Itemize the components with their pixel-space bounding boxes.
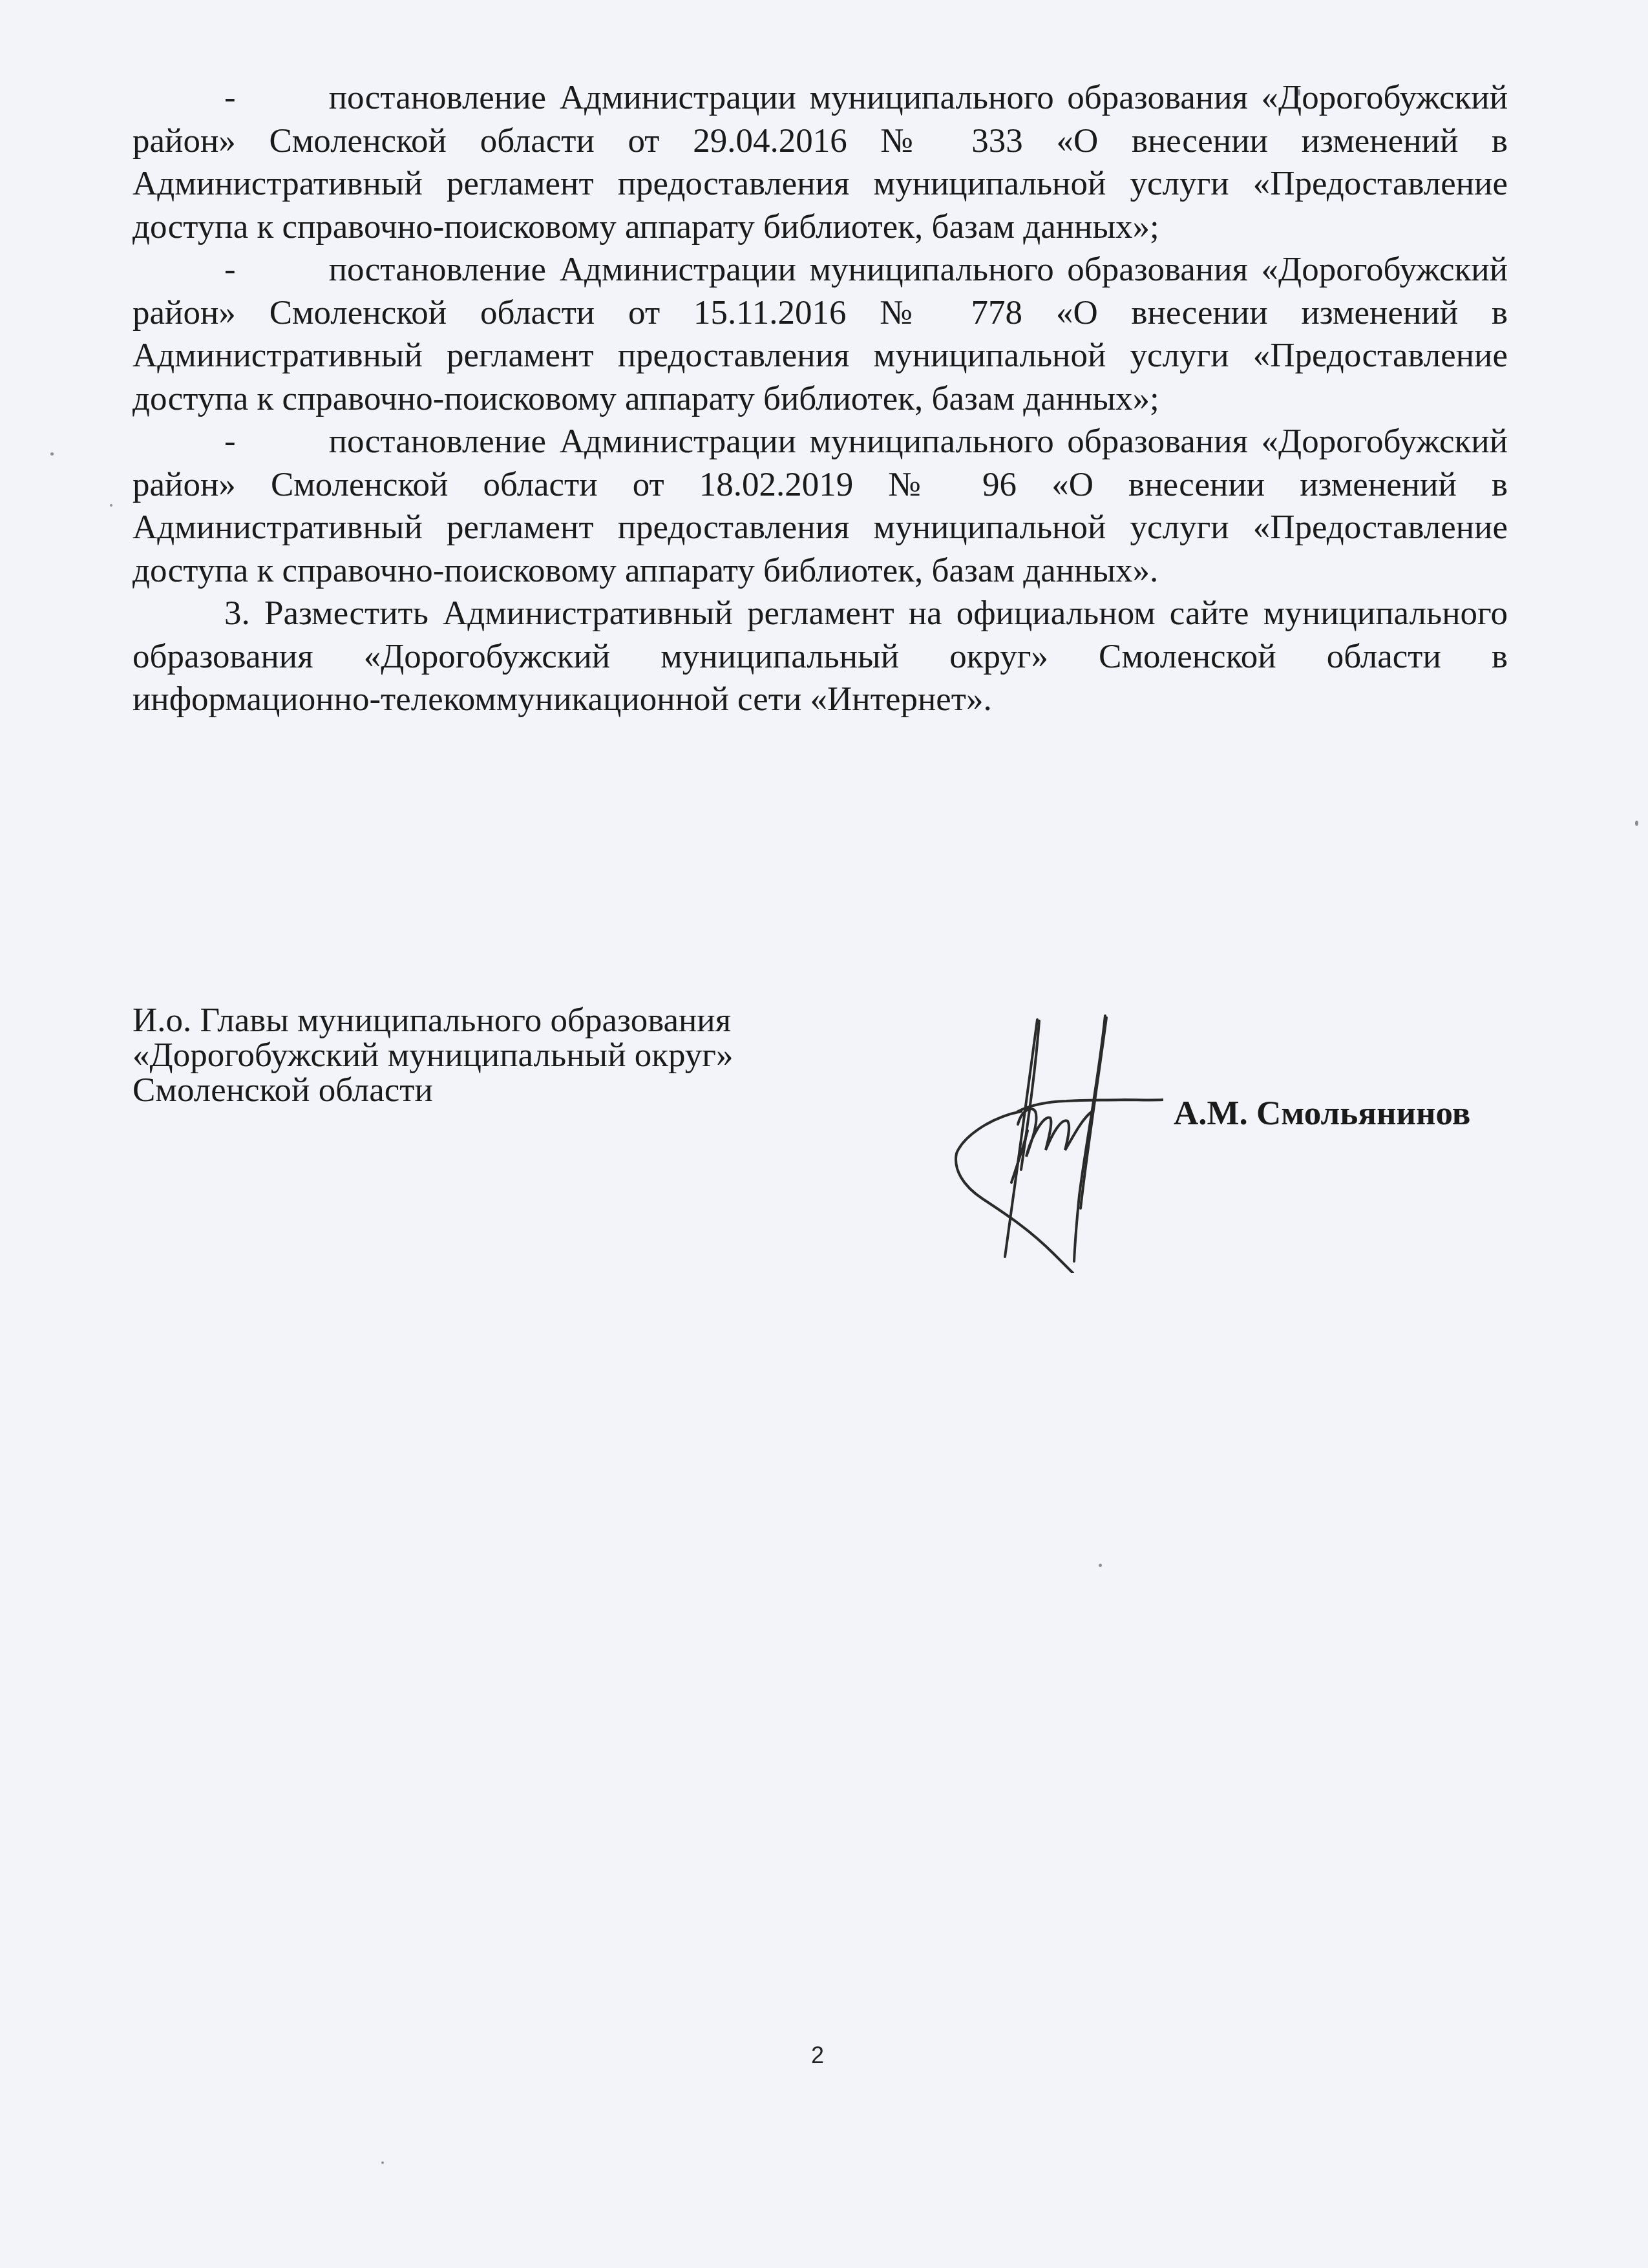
scan-speck (1298, 89, 1300, 96)
scan-speck (381, 2161, 384, 2164)
position-line-3: Смоленской области (132, 1073, 734, 1108)
list-item-resolution-96: - постановление Администрации муниципаль… (132, 420, 1508, 592)
document-body: - постановление Администрации муниципаль… (132, 76, 1508, 721)
scan-speck (50, 452, 54, 456)
document-page: - постановление Администрации муниципаль… (0, 0, 1648, 2268)
handwritten-signature-icon (892, 1014, 1163, 1273)
scan-speck (110, 504, 112, 507)
paragraph-3-publish: 3. Разместить Административный регламент… (132, 592, 1508, 721)
signer-name: А.М. Смольянинов (1174, 1094, 1470, 1133)
scan-speck (1635, 821, 1638, 826)
signatory-position: И.о. Главы муниципального образования «Д… (132, 1003, 734, 1108)
list-item-resolution-778: - постановление Администрации муниципаль… (132, 248, 1508, 420)
position-line-1: И.о. Главы муниципального образования (132, 1003, 734, 1038)
position-line-2: «Дорогобужский муниципальный округ» (132, 1038, 734, 1073)
page-number: 2 (811, 2042, 824, 2069)
list-item-resolution-333: - постановление Администрации муниципаль… (132, 76, 1508, 248)
scan-speck (1099, 1564, 1102, 1567)
